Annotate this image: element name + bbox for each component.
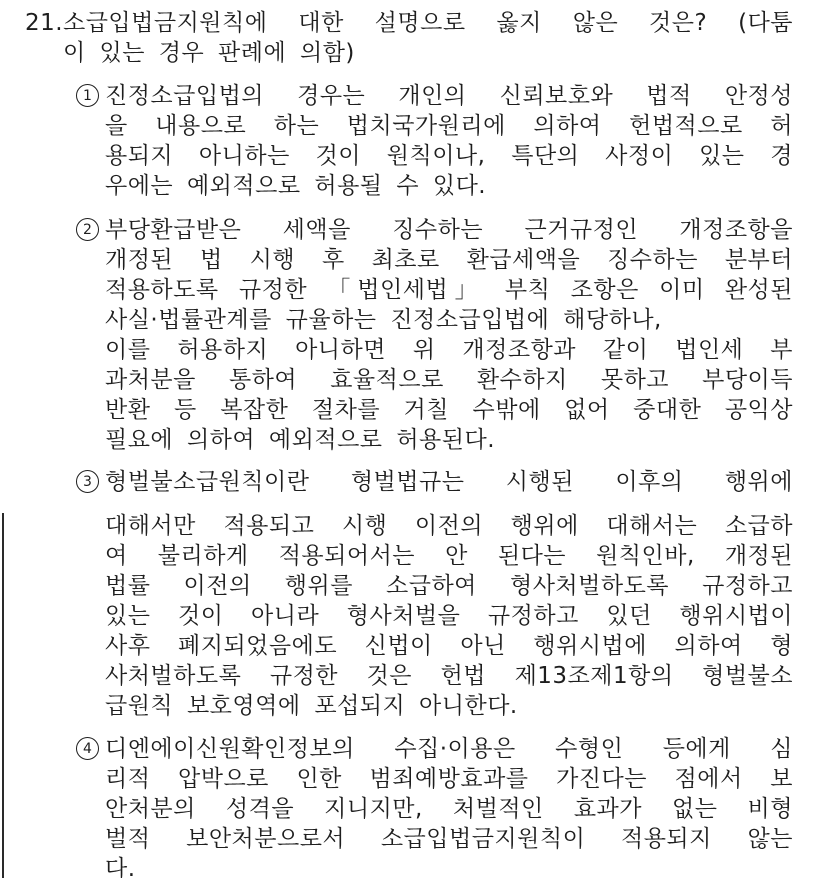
option-line: 을 내용으로 하는 법치국가원리에 의하여 헌법적으로 허 <box>105 111 793 141</box>
option-line: 사처벌하도록 규정한 것은 헌법 제13조제1항의 형벌불소 <box>105 661 793 691</box>
option-line: 다. <box>105 854 793 878</box>
option-line: 사실·법률관계를 규율하는 진정소급입법에 해당하나, <box>105 305 793 335</box>
option-line: 법률 이전의 행위를 소급하여 형사처벌하도록 규정하고 <box>105 571 793 601</box>
option-line: 용되지 아니하는 것이 원칙이나, 특단의 사정이 있는 경 <box>105 141 793 171</box>
option-line: 대해서만 적용되고 시행 이전의 행위에 대해서는 소급하 <box>105 511 793 541</box>
exam-page: 21. 소급입법금지원칙에 대한 설명으로 옳지 않은 것은? (다툼 이 있는… <box>0 8 826 878</box>
option-line: 반환 등 복잡한 절차를 거칠 수밖에 없어 중대한 공익상 <box>105 395 793 425</box>
option-line: 사후 폐지되었음에도 신법이 아닌 행위시법에 의하여 형 <box>105 631 793 661</box>
option-3-marker: 3 <box>76 467 105 497</box>
option-line: 안처분의 성격을 지니지만, 처벌적인 효과가 없는 비형 <box>105 794 793 824</box>
option-line: 부당환급받은 세액을 징수하는 근거규정인 개정조항을 <box>105 215 793 245</box>
option-line: 진정소급입법의 경우는 개인의 신뢰보호와 법적 안정성 <box>105 81 793 111</box>
option-1-text: 진정소급입법의 경우는 개인의 신뢰보호와 법적 안정성 을 내용으로 하는 법… <box>105 81 793 201</box>
option-3-text: 형벌불소급원칙이란 형벌법규는 시행된 이후의 행위에 <box>105 467 793 497</box>
circled-digit-2: 2 <box>76 218 99 241</box>
column-break-rule <box>2 513 4 878</box>
option-line: 적용하도록 규정한 「법인세법」 부칙 조항은 이미 완성된 <box>105 275 793 305</box>
option-line: 리적 압박으로 인한 범죄예방효과를 가진다는 점에서 보 <box>105 764 793 794</box>
option-line: 급원칙 보호영역에 포섭되지 아니한다. <box>105 691 793 721</box>
option-line: 벌적 보안처분으로서 소급입법금지원칙이 적용되지 않는 <box>105 824 793 854</box>
option-1: 1 진정소급입법의 경우는 개인의 신뢰보호와 법적 안정성 을 내용으로 하는… <box>76 81 826 201</box>
option-line: 여 불리하게 적용되어서는 안 된다는 원칙인바, 개정된 <box>105 541 793 571</box>
question-block: 21. 소급입법금지원칙에 대한 설명으로 옳지 않은 것은? (다툼 이 있는… <box>25 8 826 68</box>
option-line: 우에는 예외적으로 허용될 수 있다. <box>105 171 793 201</box>
option-line: 이를 허용하지 아니하면 위 개정조항과 같이 법인세 부 <box>105 335 793 365</box>
option-2-marker: 2 <box>76 215 105 455</box>
option-1-marker: 1 <box>76 81 105 201</box>
option-line: 개정된 법 시행 후 최초로 환급세액을 징수하는 분부터 <box>105 245 793 275</box>
option-line: 과처분을 통하여 효율적으로 환수하지 못하고 부당이득 <box>105 365 793 395</box>
option-line: 필요에 의하여 예외적으로 허용된다. <box>105 425 793 455</box>
option-2: 2 부당환급받은 세액을 징수하는 근거규정인 개정조항을 개정된 법 시행 후… <box>76 215 826 455</box>
option-line: 형벌불소급원칙이란 형벌법규는 시행된 이후의 행위에 <box>105 467 793 497</box>
circled-digit-1: 1 <box>76 84 99 107</box>
option-line: 있는 것이 아니라 형사처벌을 규정하고 있던 행위시법이 <box>105 601 793 631</box>
option-4-marker: 4 <box>76 734 105 878</box>
question-line: 이 있는 경우 판례에 의함) <box>63 38 793 68</box>
circled-digit-4: 4 <box>76 737 99 760</box>
option-3-text-continued: 대해서만 적용되고 시행 이전의 행위에 대해서는 소급하 여 불리하게 적용되… <box>105 511 793 721</box>
option-4-text: 디엔에이신원확인정보의 수집·이용은 수형인 등에게 심 리적 압박으로 인한 … <box>105 734 793 878</box>
question-number: 21. <box>25 8 63 38</box>
question-line: 소급입법금지원칙에 대한 설명으로 옳지 않은 것은? (다툼 <box>63 8 793 38</box>
option-2-text: 부당환급받은 세액을 징수하는 근거규정인 개정조항을 개정된 법 시행 후 최… <box>105 215 793 455</box>
option-3: 3 형벌불소급원칙이란 형벌법규는 시행된 이후의 행위에 <box>76 467 826 497</box>
question-text: 소급입법금지원칙에 대한 설명으로 옳지 않은 것은? (다툼 이 있는 경우 … <box>63 8 793 68</box>
circled-digit-3: 3 <box>76 470 99 493</box>
option-line: 디엔에이신원확인정보의 수집·이용은 수형인 등에게 심 <box>105 734 793 764</box>
option-4: 4 디엔에이신원확인정보의 수집·이용은 수형인 등에게 심 리적 압박으로 인… <box>76 734 826 878</box>
